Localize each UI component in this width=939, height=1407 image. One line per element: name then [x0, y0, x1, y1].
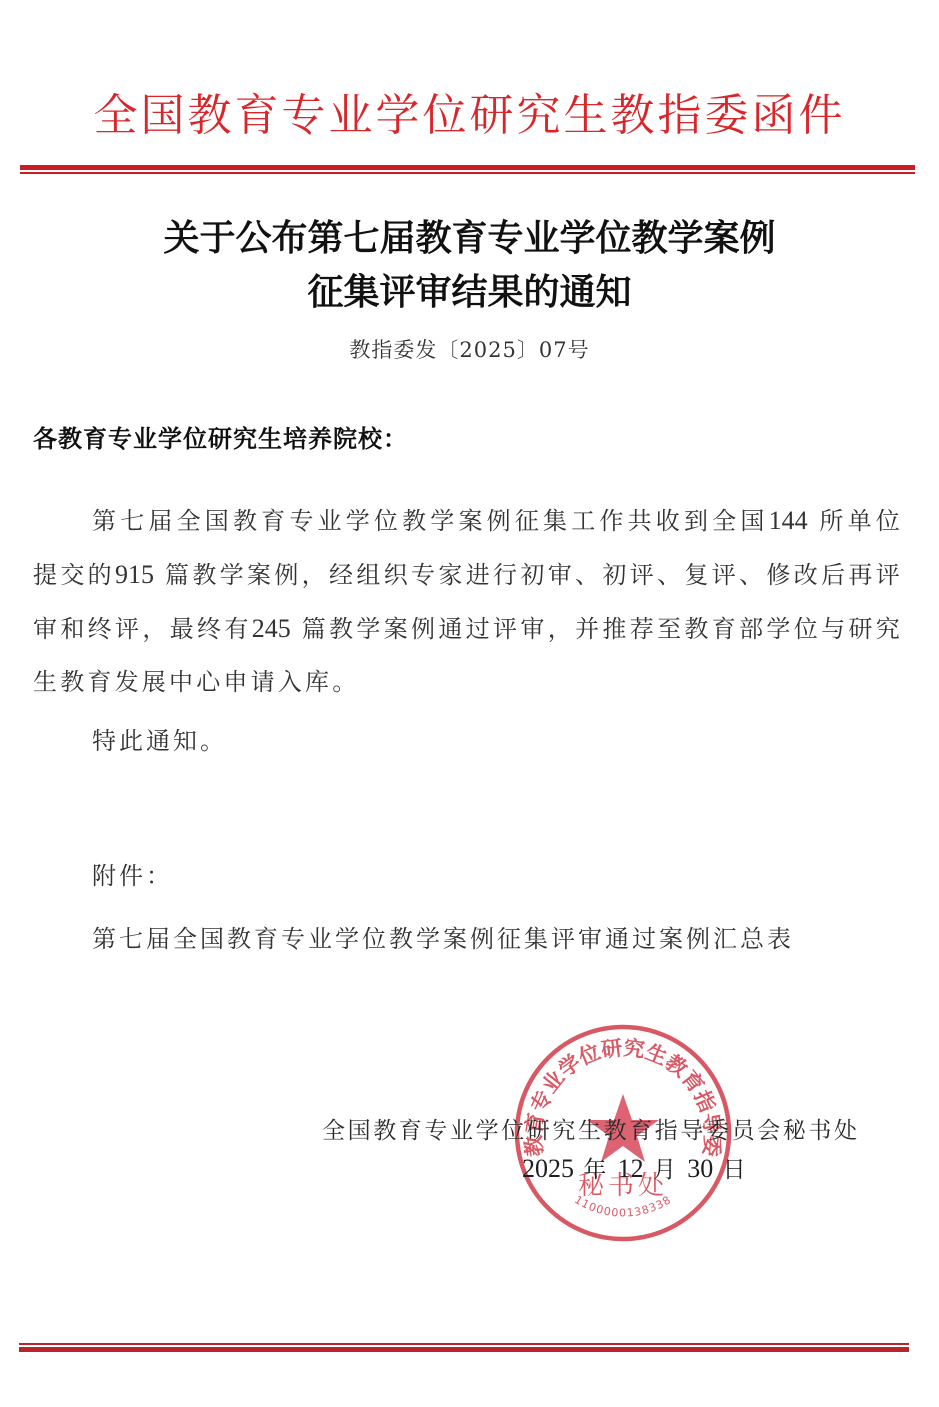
date-day: 30 — [687, 1154, 713, 1183]
footer-rule-thin — [19, 1343, 909, 1345]
signature-date: 2025 年 12 月 30 日 — [522, 1150, 748, 1189]
body-paragraph: 第七届全国教育专业学位教学案例征集工作共收到全国144 所单位提交的915 篇教… — [33, 494, 903, 709]
letterhead-title: 全国教育专业学位研究生教指委函件 — [0, 88, 939, 144]
footer-rule-thick — [19, 1347, 909, 1352]
document-title-line-1: 关于公布第七届教育专业学位教学案例 — [0, 213, 939, 263]
date-month-suffix: 月 — [653, 1157, 678, 1183]
date-month: 12 — [618, 1154, 644, 1183]
institutions-count: 144 — [769, 506, 808, 535]
salutation: 各教育专业学位研究生培养院校： — [33, 419, 408, 459]
document-number: 教指委发〔2025〕07号 — [0, 334, 939, 366]
date-year-suffix: 年 — [583, 1157, 608, 1183]
document-title-line-2: 征集评审结果的通知 — [0, 267, 939, 317]
date-day-suffix: 日 — [723, 1157, 748, 1183]
header-rule-thick — [20, 165, 915, 170]
submitted-count: 915 — [115, 560, 154, 589]
attachment-item[interactable]: 第七届全国教育专业学位教学案例征集评审通过案例汇总表 — [92, 919, 794, 959]
date-year: 2025 — [522, 1154, 574, 1183]
approved-count: 245 — [252, 614, 291, 643]
closing-text: 特此通知。 — [92, 721, 227, 761]
header-rule-thin — [20, 172, 915, 174]
body-text-a: 第七届全国教育专业学位教学案例征集工作共收到全国 — [92, 507, 769, 535]
signature-organization: 全国教育专业学位研究生教育指导委员会秘书处 — [322, 1112, 860, 1150]
attachment-label: 附件： — [92, 856, 173, 896]
